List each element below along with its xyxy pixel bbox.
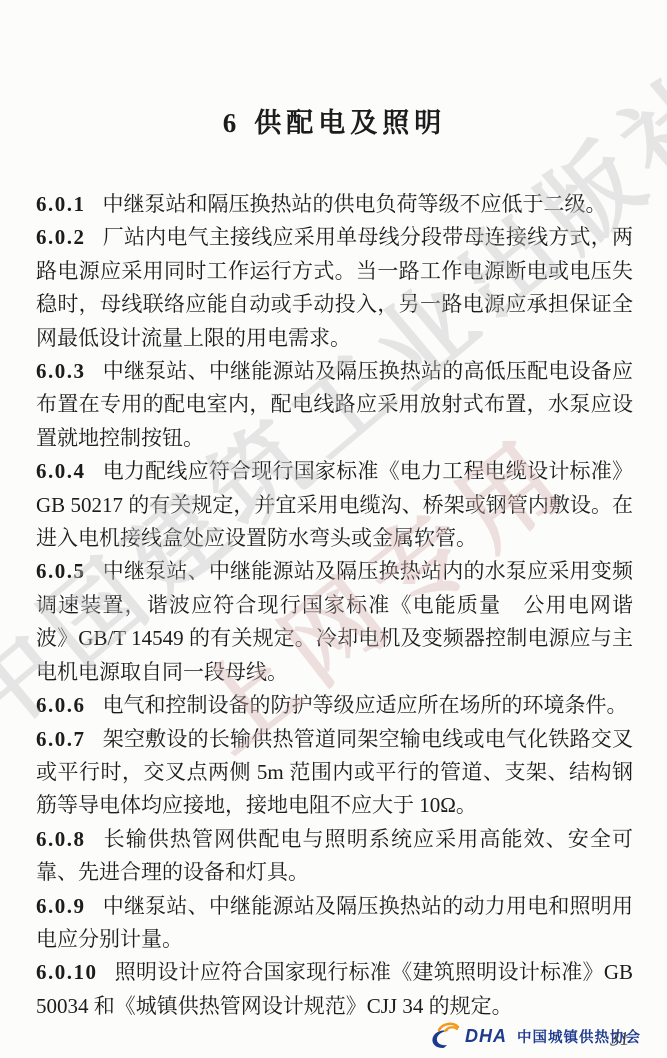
clause-text: 中继泵站和隔压换热站的供电负荷等级不应低于二级。 xyxy=(103,192,607,216)
clause-number: 6.0.8 xyxy=(36,827,86,851)
document-page: 中国建筑工业出版社 上网专用 6供配电及照明 6.0.1中继泵站和隔压换热站的供… xyxy=(0,0,667,1058)
clause-number: 6.0.6 xyxy=(36,693,86,717)
clause: 6.0.5中继泵站、中继能源站及隔压换热站内的水泵应采用变频调速装置，谐波应符合… xyxy=(36,555,633,689)
clause: 6.0.7架空敷设的长输供热管道同架空输电线或电气化铁路交叉或平行时，交叉点两侧… xyxy=(36,723,633,823)
page-number: 31 xyxy=(609,1028,629,1051)
chapter-title: 6供配电及照明 xyxy=(36,101,633,140)
clause-number: 6.0.9 xyxy=(36,894,86,918)
dha-logo-acronym: DHA xyxy=(465,1026,507,1047)
clause: 6.0.10照明设计应符合国家现行标准《建筑照明设计标准》GB 50034 和《… xyxy=(36,956,633,1023)
page-content: 6供配电及照明 6.0.1中继泵站和隔压换热站的供电负荷等级不应低于二级。6.0… xyxy=(36,0,633,1023)
chapter-number: 6 xyxy=(223,108,237,138)
clause-number: 6.0.5 xyxy=(36,559,86,583)
clause-text: 厂站内电气主接线应采用单母线分段带母连接线方式，两路电源应采用同时工作运行方式。… xyxy=(36,225,633,349)
chapter-title-text: 供配电及照明 xyxy=(254,108,446,138)
clause-text: 电气和控制设备的防护等级应适应所在场所的环境条件。 xyxy=(103,693,628,717)
clause-number: 6.0.2 xyxy=(36,225,86,249)
clause-number: 6.0.3 xyxy=(36,359,86,383)
clause-number: 6.0.7 xyxy=(36,727,86,751)
dha-logo-icon xyxy=(429,1020,463,1052)
clause-text: 中继泵站、中继能源站及隔压换热站的动力用电和照明用电应分别计量。 xyxy=(36,894,633,951)
clause-text: 电力配线应符合现行国家标准《电力工程电缆设计标准》GB 50217 的有关规定，… xyxy=(36,459,633,550)
clause-text: 照明设计应符合国家现行标准《建筑照明设计标准》GB 50034 和《城镇供热管网… xyxy=(36,960,633,1017)
clause: 6.0.1中继泵站和隔压换热站的供电负荷等级不应低于二级。 xyxy=(36,188,633,221)
clause: 6.0.6电气和控制设备的防护等级应适应所在场所的环境条件。 xyxy=(36,689,633,722)
clause-list: 6.0.1中继泵站和隔压换热站的供电负荷等级不应低于二级。6.0.2厂站内电气主… xyxy=(36,188,633,1023)
clause-number: 6.0.1 xyxy=(36,192,86,216)
clause-text: 中继泵站、中继能源站及隔压换热站内的水泵应采用变频调速装置，谐波应符合现行国家标… xyxy=(36,559,633,683)
clause-number: 6.0.4 xyxy=(36,459,86,483)
clause-text: 架空敷设的长输供热管道同架空输电线或电气化铁路交叉或平行时，交叉点两侧 5m 范… xyxy=(36,727,633,818)
clause-text: 长输供热管网供配电与照明系统应采用高能效、安全可靠、先进合理的设备和灯具。 xyxy=(36,827,633,884)
clause: 6.0.3中继泵站、中继能源站及隔压换热站的高低压配电设备应布置在专用的配电室内… xyxy=(36,355,633,455)
clause: 6.0.9中继泵站、中继能源站及隔压换热站的动力用电和照明用电应分别计量。 xyxy=(36,890,633,957)
clause-text: 中继泵站、中继能源站及隔压换热站的高低压配电设备应布置在专用的配电室内，配电线路… xyxy=(36,359,633,450)
clause: 6.0.8长输供热管网供配电与照明系统应采用高能效、安全可靠、先进合理的设备和灯… xyxy=(36,823,633,890)
clause: 6.0.4电力配线应符合现行国家标准《电力工程电缆设计标准》GB 50217 的… xyxy=(36,455,633,555)
clause-number: 6.0.10 xyxy=(36,960,98,984)
clause: 6.0.2厂站内电气主接线应采用单母线分段带母连接线方式，两路电源应采用同时工作… xyxy=(36,221,633,355)
